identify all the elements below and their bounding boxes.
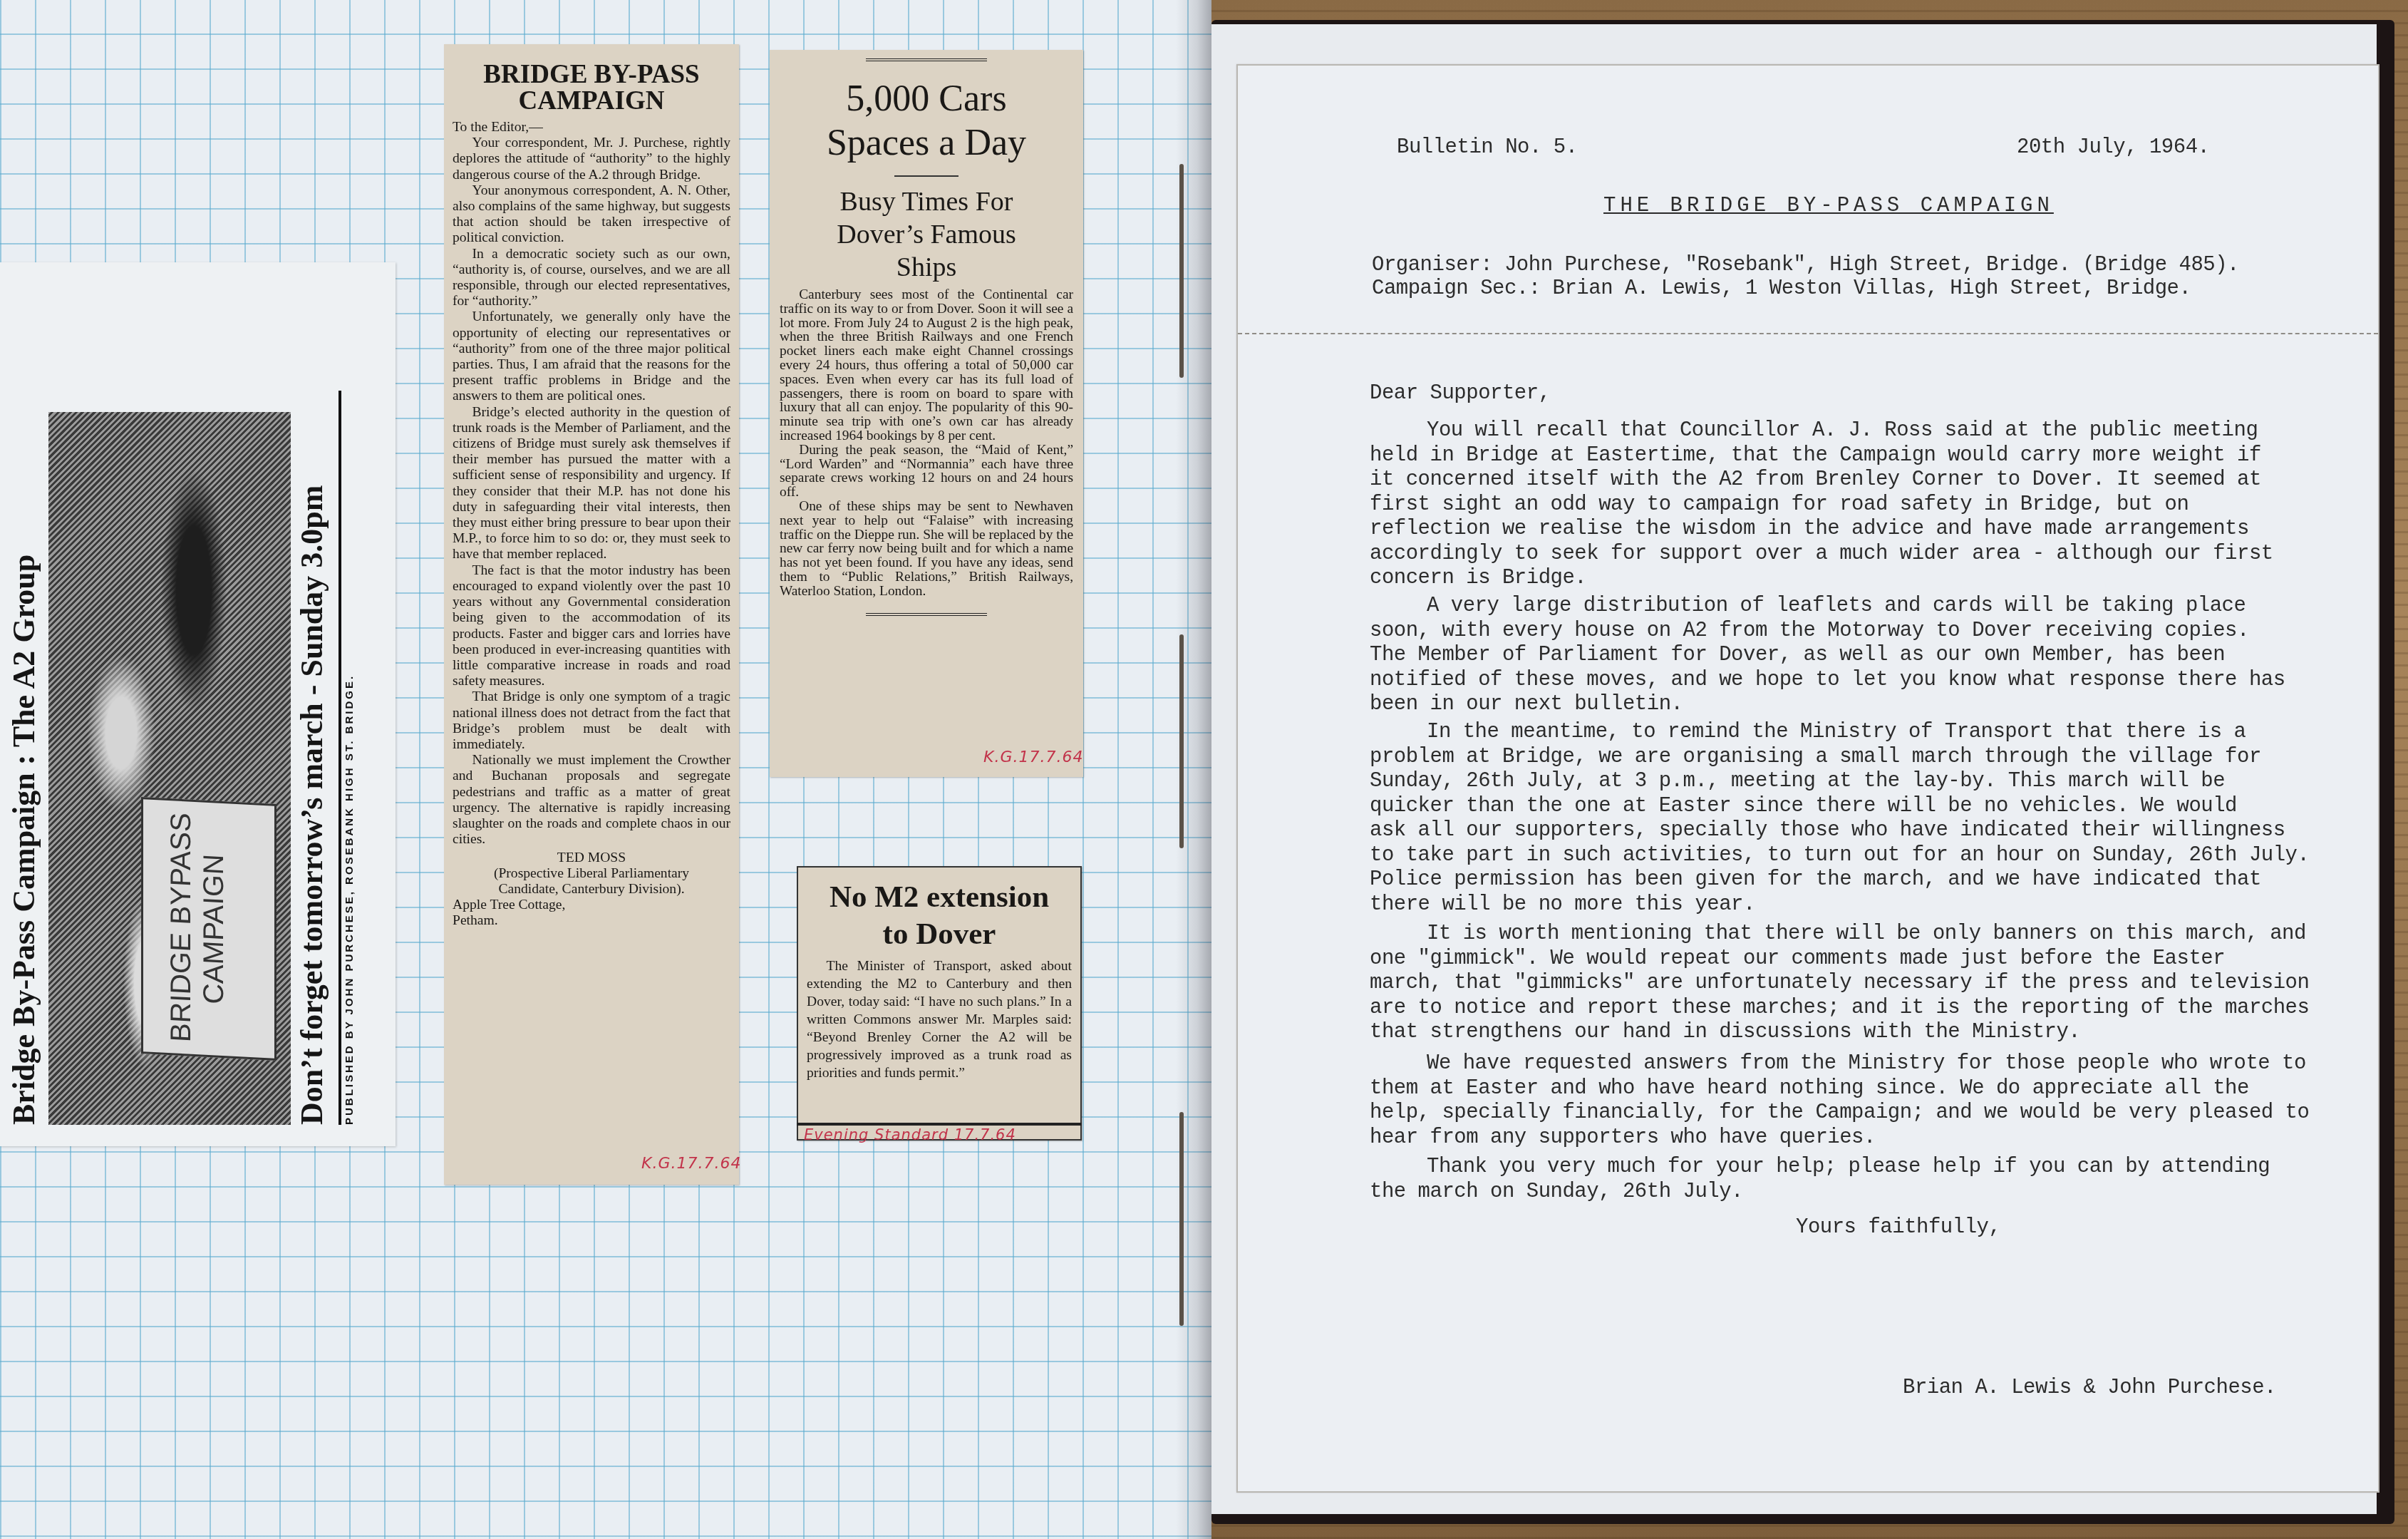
paragraph: Your correspondent, Mr. J. Purchese, rig…: [453, 135, 730, 183]
clipping-body: Canterbury sees most of the Continental …: [780, 288, 1073, 599]
address-line-1: Apple Tree Cottage,: [453, 897, 730, 913]
headline-line-2: Spaces a Day: [780, 121, 1073, 165]
paragraph: The fact is that the motor industry has …: [453, 563, 730, 690]
paragraph: One of these ships may be sent to Newhav…: [780, 500, 1073, 599]
address-line-2: Petham.: [453, 913, 730, 929]
bulletin-paragraph: We have requested answers from the Minis…: [1370, 1051, 2325, 1150]
headline-line-1: BRIDGE BY-PASS: [453, 61, 730, 88]
salutation: To the Editor,—: [453, 120, 730, 135]
headline-line-1: 5,000 Cars: [780, 77, 1073, 121]
bulletin-date: 20th July, 1964.: [2017, 135, 2209, 159]
salutation: Dear Supporter,: [1370, 381, 1551, 405]
bulletin-paragraph: A very large distribution of leaflets an…: [1370, 594, 2310, 717]
signatories: Brian A. Lewis & John Purchese.: [1903, 1376, 2276, 1399]
bulletin-title: THE BRIDGE BY-PASS CAMPAIGN: [1603, 194, 2054, 217]
bulletin-paragraph: In the meantime, to remind the Ministry …: [1370, 720, 2310, 917]
closing: Yours faithfully,: [1796, 1215, 2000, 1239]
banner-line-2: CAMPAIGN: [197, 802, 230, 1056]
paragraph: Nationally we must implement the Crowthe…: [453, 753, 730, 848]
subhead-line-1: Busy Times For: [780, 185, 1073, 218]
paragraph: Your anonymous correspondent, A. N. Othe…: [453, 183, 730, 247]
paragraph: The Minister of Transport, asked about e…: [807, 957, 1072, 1082]
paragraph: Bridge’s elected authority in the questi…: [453, 405, 730, 563]
cars-spaces-clipping: 5,000 Cars Spaces a Day Busy Times For D…: [770, 50, 1083, 777]
subhead-line-2: Dover’s Famous: [780, 218, 1073, 251]
clipping-body: To the Editor,— Your correspondent, Mr. …: [453, 120, 730, 848]
paragraph: That Bridge is only one symptom of a tra…: [453, 689, 730, 753]
organiser-line: Organiser: John Purchese, "Rosebank", Hi…: [1372, 253, 2239, 277]
binding-stitch: [1179, 1112, 1184, 1326]
bulletin-number: Bulletin No. 5.: [1397, 135, 1578, 159]
handwritten-source-annotation: Evening Standard 17.7.64: [804, 1126, 1016, 1143]
leaflet-rule: [339, 391, 341, 1125]
fold-line: [1238, 333, 2378, 334]
secretary-line: Campaign Sec.: Brian A. Lewis, 1 Weston …: [1372, 277, 2191, 300]
campaign-banner: BRIDGE BYPASS CAMPAIGN: [141, 797, 277, 1061]
clipping-body: The Minister of Transport, asked about e…: [807, 957, 1072, 1082]
paragraph: Canterbury sees most of the Continental …: [780, 288, 1073, 443]
leaflet-subtitle: Don’t forget tomorrow’s march - Sunday 3…: [294, 485, 330, 1125]
clipping-headline: BRIDGE BY-PASS CAMPAIGN: [453, 61, 730, 114]
paragraph: Unfortunately, we generally only have th…: [453, 309, 730, 404]
headline-line-1: No M2 extension: [807, 879, 1072, 916]
divider-rule: [866, 613, 987, 616]
leaflet-title: Bridge By-Pass Campaign : The A2 Group: [6, 555, 42, 1125]
signature-title: (Prospective Liberal Parliamentary Candi…: [453, 866, 730, 897]
divider-rule: [894, 175, 958, 177]
headline-line-2: CAMPAIGN: [453, 88, 730, 114]
subhead-line-3: Ships: [780, 251, 1073, 284]
paragraph: In a democratic society such as our own,…: [453, 247, 730, 310]
no-m2-extension-clipping: No M2 extension to Dover The Minister of…: [797, 866, 1082, 1141]
handwritten-date-annotation: K.G.17.7.64: [983, 748, 1083, 766]
handwritten-date-annotation: K.G.17.7.64: [641, 1155, 741, 1173]
letter-to-editor-clipping: BRIDGE BY-PASS CAMPAIGN To the Editor,— …: [444, 44, 739, 1185]
clipping-headline: 5,000 Cars Spaces a Day: [780, 77, 1073, 165]
divider-rule: [866, 58, 987, 61]
clipping-subheadline: Busy Times For Dover’s Famous Ships: [780, 185, 1073, 284]
bulletin-paragraph: You will recall that Councillor A. J. Ro…: [1370, 418, 2310, 591]
march-leaflet: Bridge By-Pass Campaign : The A2 Group B…: [0, 262, 396, 1146]
headline-line-2: to Dover: [807, 916, 1072, 953]
divider-rule: [797, 1123, 1082, 1126]
bulletin-paragraph: It is worth mentioning that there will b…: [1370, 922, 2325, 1045]
binding-stitch: [1179, 164, 1184, 378]
paragraph: During the peak season, the “Maid of Ken…: [780, 443, 1073, 500]
leaflet-publisher: PUBLISHED BY JOHN PURCHESE, ROSEBANK HIG…: [343, 674, 356, 1125]
binding-stitch: [1179, 634, 1184, 848]
clipping-headline: No M2 extension to Dover: [807, 879, 1072, 953]
banner-line-1: BRIDGE BYPASS: [165, 801, 197, 1054]
march-photo: BRIDGE BYPASS CAMPAIGN: [48, 412, 291, 1125]
signature-name: TED MOSS: [453, 850, 730, 866]
bulletin-paragraph: Thank you very much for your help; pleas…: [1370, 1155, 2325, 1204]
